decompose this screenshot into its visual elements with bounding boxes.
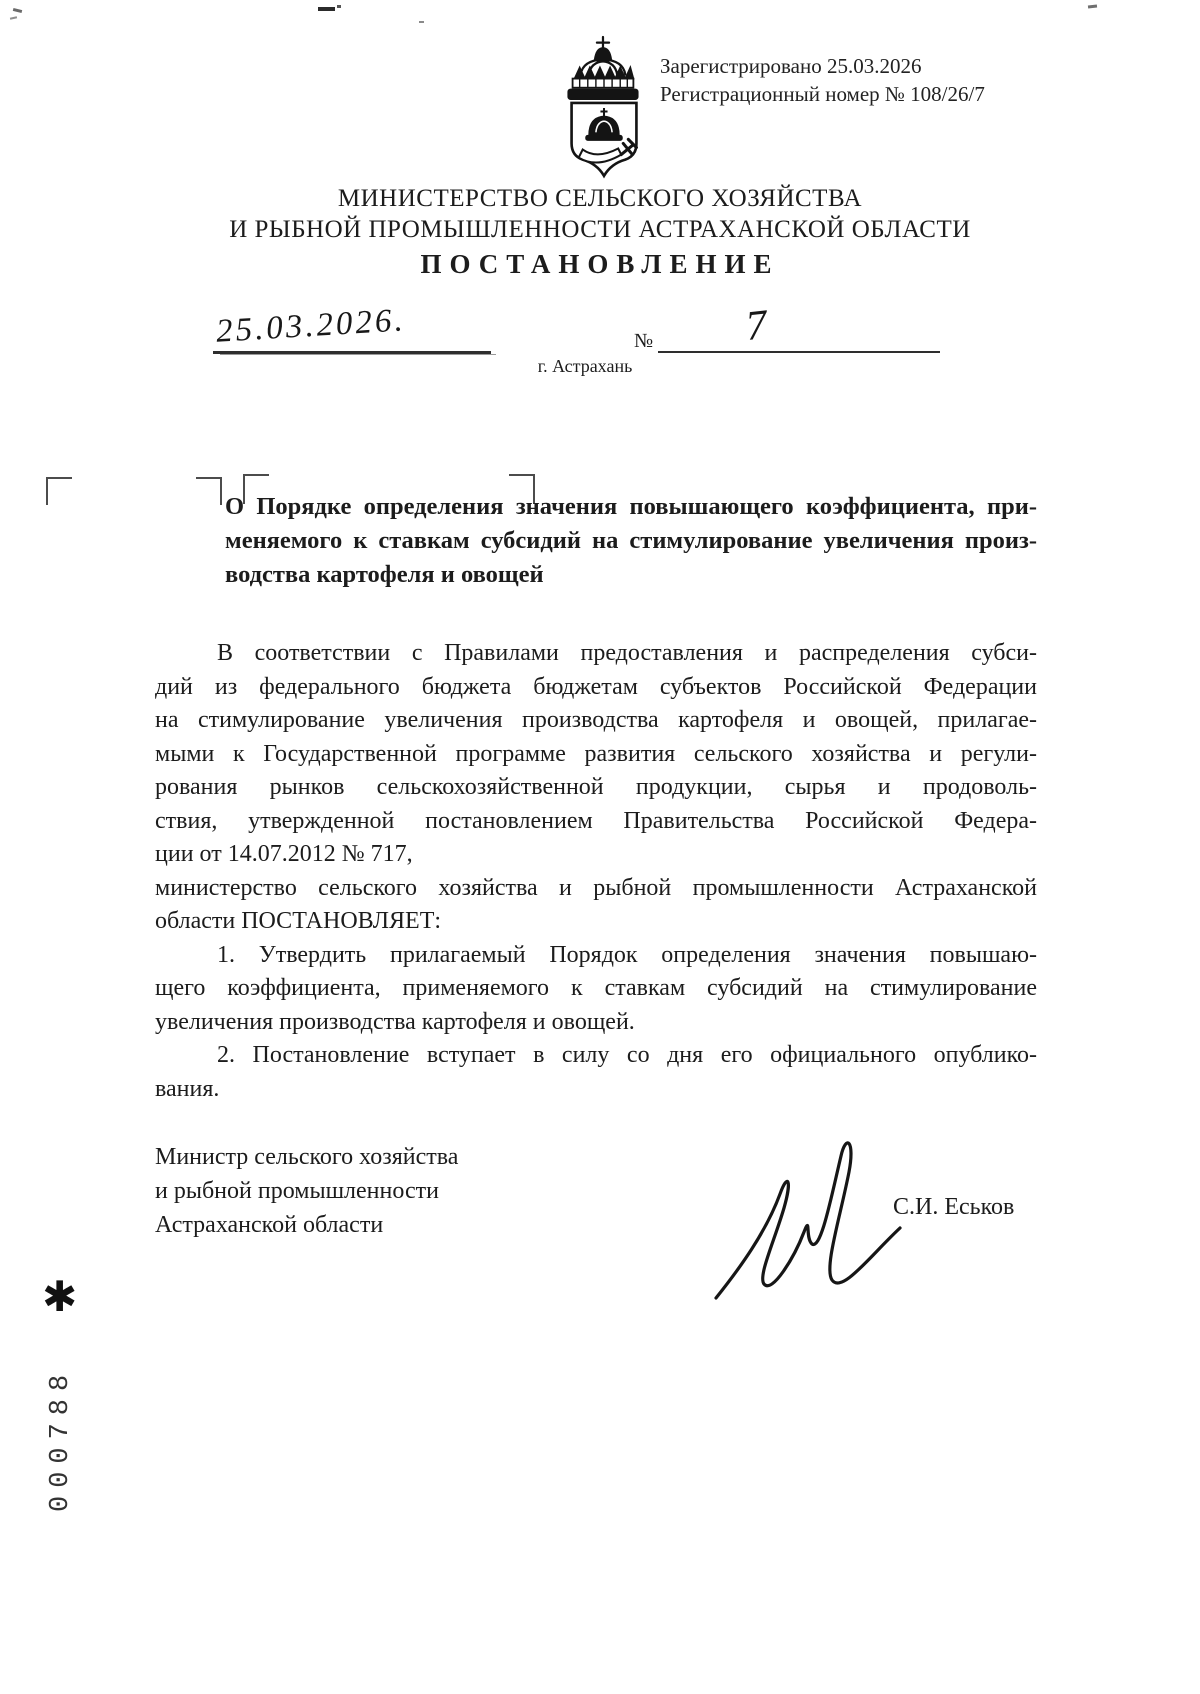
body-line: ствия, утвержденной постановлением Прави… bbox=[155, 805, 1037, 839]
body-line: рования рынков сельскохозяйственной прод… bbox=[155, 771, 1037, 805]
margin-asterisk: ✱ bbox=[42, 1272, 77, 1321]
scanned-decree-page: Зарегистрировано 25.03.2026 Регистрацион… bbox=[0, 0, 1200, 1694]
body-line: увеличения производства картофеля и овощ… bbox=[155, 1006, 1037, 1040]
scan-noise bbox=[419, 21, 424, 23]
city-label: г. Астрахань bbox=[420, 356, 750, 377]
astrakhan-coat-of-arms-icon bbox=[538, 34, 670, 186]
registration-date: Зарегистрировано 25.03.2026 bbox=[660, 52, 1140, 80]
body-line: области ПОСТАНОВЛЯЕТ: bbox=[155, 905, 1037, 939]
body-line: 1. Утвердить прилагаемый Порядок определ… bbox=[155, 939, 1037, 973]
body-line: щего коэффициента, применяемого к ставка… bbox=[155, 972, 1037, 1006]
signer-position-line: Астраханской области bbox=[155, 1208, 575, 1242]
body-line: дий из федерального бюджета бюджетам суб… bbox=[155, 671, 1037, 705]
signer-position-line: Министр сельского хозяйства bbox=[155, 1140, 575, 1174]
body-line: вания. bbox=[155, 1073, 1037, 1107]
body-line: 2. Постановление вступает в силу со дня … bbox=[155, 1039, 1037, 1073]
registration-block: Зарегистрировано 25.03.2026 Регистрацион… bbox=[660, 52, 1140, 108]
body-line: министерство сельского хозяйства и рыбно… bbox=[155, 872, 1037, 906]
date-underline bbox=[213, 351, 491, 354]
signer-name: С.И. Еськов bbox=[893, 1194, 1014, 1221]
registration-number: Регистрационный номер № 108/26/7 bbox=[660, 80, 1140, 108]
decree-title: О Порядке определения значения повышающе… bbox=[225, 490, 1037, 592]
vertical-document-number: 000788 bbox=[46, 1367, 76, 1512]
title-line: меняемого к ставкам субсидий на стимулир… bbox=[225, 524, 1037, 558]
signer-position: Министр сельского хозяйстваи рыбной пром… bbox=[155, 1140, 575, 1242]
body-line: мыми к Государственной программе развити… bbox=[155, 738, 1037, 772]
handwritten-number: 7 bbox=[744, 301, 770, 351]
ministry-name-line1: МИНИСТЕРСТВО СЕЛЬСКОГО ХОЗЯЙСТВА bbox=[20, 183, 1180, 214]
handwritten-signature-icon bbox=[712, 1128, 904, 1306]
body-line: ции от 14.07.2012 № 717, bbox=[155, 838, 1037, 872]
number-underline bbox=[658, 351, 940, 353]
stamp-corner-mark bbox=[46, 477, 72, 505]
scan-noise bbox=[10, 16, 17, 19]
document-type-heading: ПОСТАНОВЛЕНИЕ bbox=[20, 249, 1180, 280]
body-line: на стимулирование увеличения производств… bbox=[155, 704, 1037, 738]
title-line: водства картофеля и овощей bbox=[225, 558, 1037, 592]
stamp-corner-mark bbox=[196, 477, 222, 505]
title-line: О Порядке определения значения повышающе… bbox=[225, 490, 1037, 524]
body-line: В соответствии с Правилами предоставлени… bbox=[155, 637, 1037, 671]
scan-noise bbox=[13, 8, 22, 13]
signer-position-line: и рыбной промышленности bbox=[155, 1174, 575, 1208]
scan-noise bbox=[337, 5, 341, 8]
scan-noise bbox=[1088, 5, 1097, 9]
number-sign: № bbox=[634, 330, 653, 353]
scan-noise bbox=[318, 7, 335, 11]
ministry-name-line2: И РЫБНОЙ ПРОМЫШЛЕННОСТИ АСТРАХАНСКОЙ ОБЛ… bbox=[20, 214, 1180, 245]
handwritten-date: 25.03.2026. bbox=[215, 302, 407, 351]
ministry-name: МИНИСТЕРСТВО СЕЛЬСКОГО ХОЗЯЙСТВА И РЫБНО… bbox=[20, 183, 1180, 245]
decree-body: В соответствии с Правилами предоставлени… bbox=[155, 637, 1037, 1106]
